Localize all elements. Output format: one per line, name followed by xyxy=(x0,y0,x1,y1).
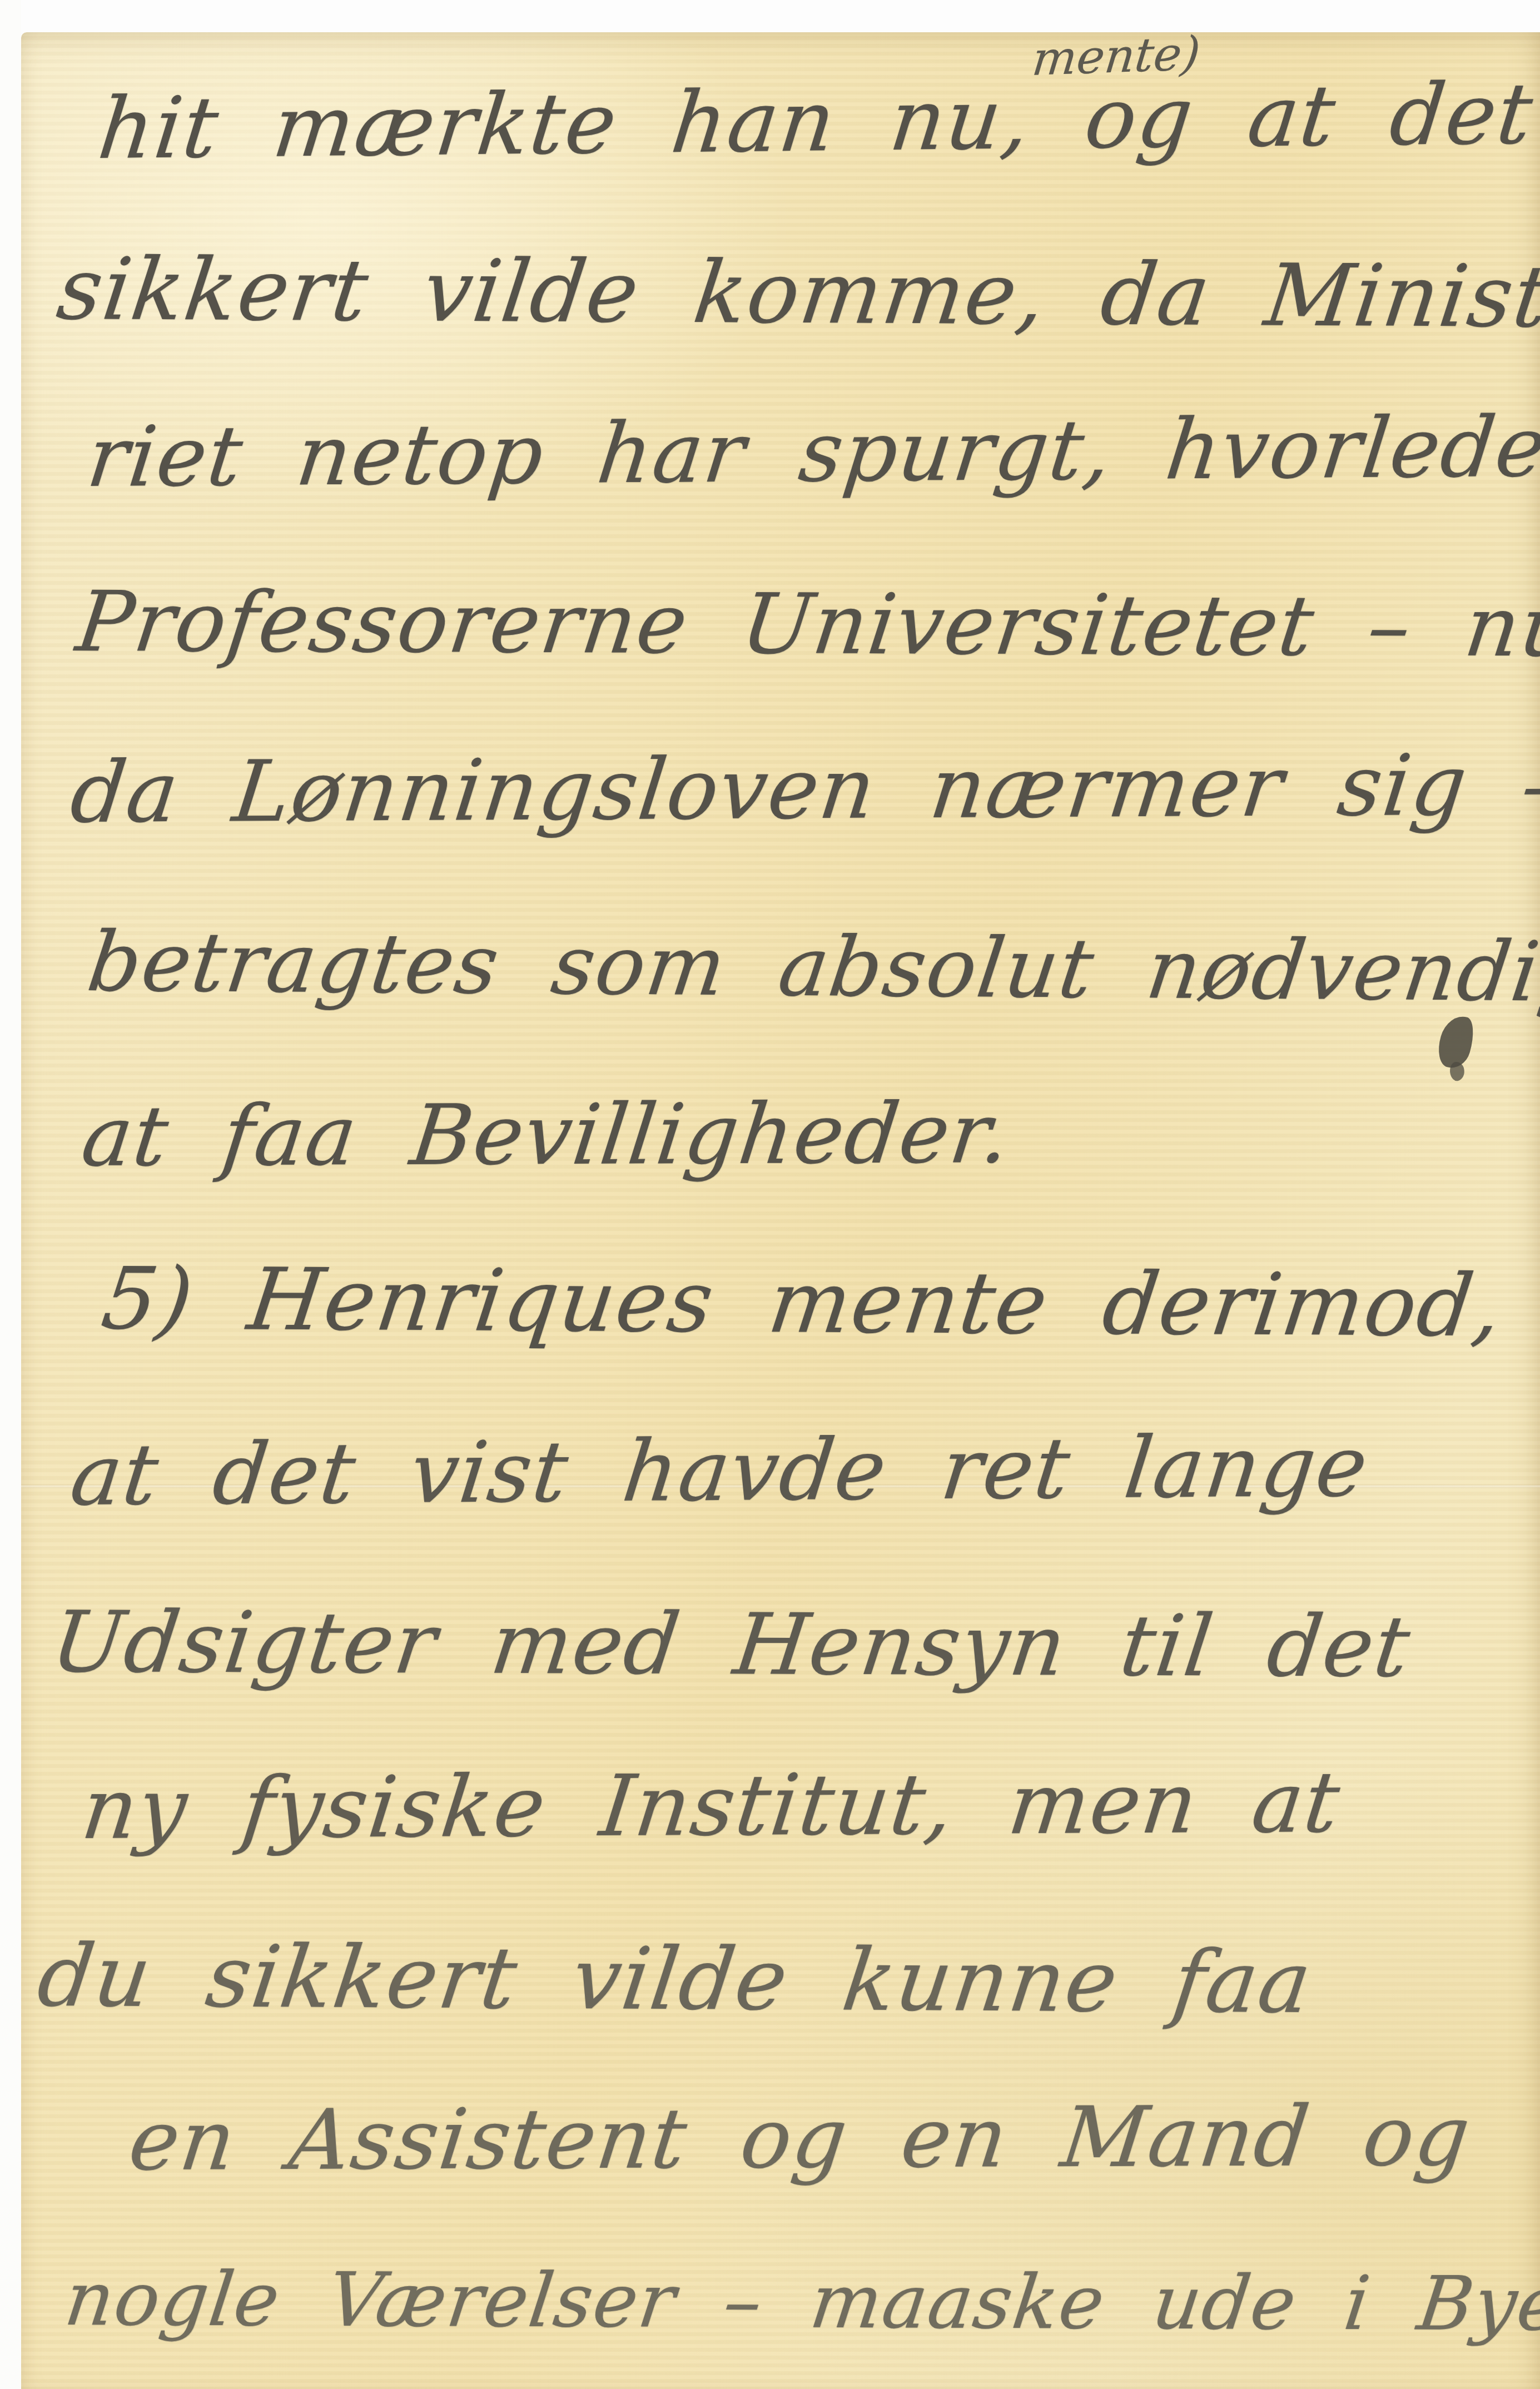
handwritten-line: sikkert vilde komme, da Ministe- xyxy=(53,247,1540,341)
handwritten-line: du sikkert vilde kunne faa xyxy=(33,1934,1317,2026)
handwritten-line: Professorerne Universitetet – nu xyxy=(72,580,1540,669)
handwritten-line: da Lønningsloven nærmer sig – xyxy=(67,743,1540,835)
handwritten-line: at faa Bevilligheder. xyxy=(78,1092,1015,1179)
handwritten-line: hit mærkte han nu, og at det xyxy=(95,72,1538,171)
handwritten-line: nogle Værelser – maaske ude i Byen . xyxy=(61,2262,1540,2342)
handwritten-line: ny fysiske Institut, men at xyxy=(78,1760,1345,1851)
scan-margin-top xyxy=(0,0,1540,32)
handwritten-line: 5) Henriques mente derimod, xyxy=(97,1256,1508,1349)
handwritten-line: riet netop har spurgt, hvorledes xyxy=(83,405,1540,499)
scan-margin-left xyxy=(0,0,21,2389)
handwritten-line: en Assistent og en Mand og xyxy=(125,2095,1475,2183)
handwritten-line: at det vist havde ret lange xyxy=(67,1424,1373,1518)
handwritten-line: betragtes som absolut nødvendig xyxy=(83,921,1540,1014)
handwritten-line: Udsigter med Hensyn til det xyxy=(47,1600,1415,1690)
letter-paper: mente) hit mærkte han nu, og at det sikk… xyxy=(21,32,1540,2389)
